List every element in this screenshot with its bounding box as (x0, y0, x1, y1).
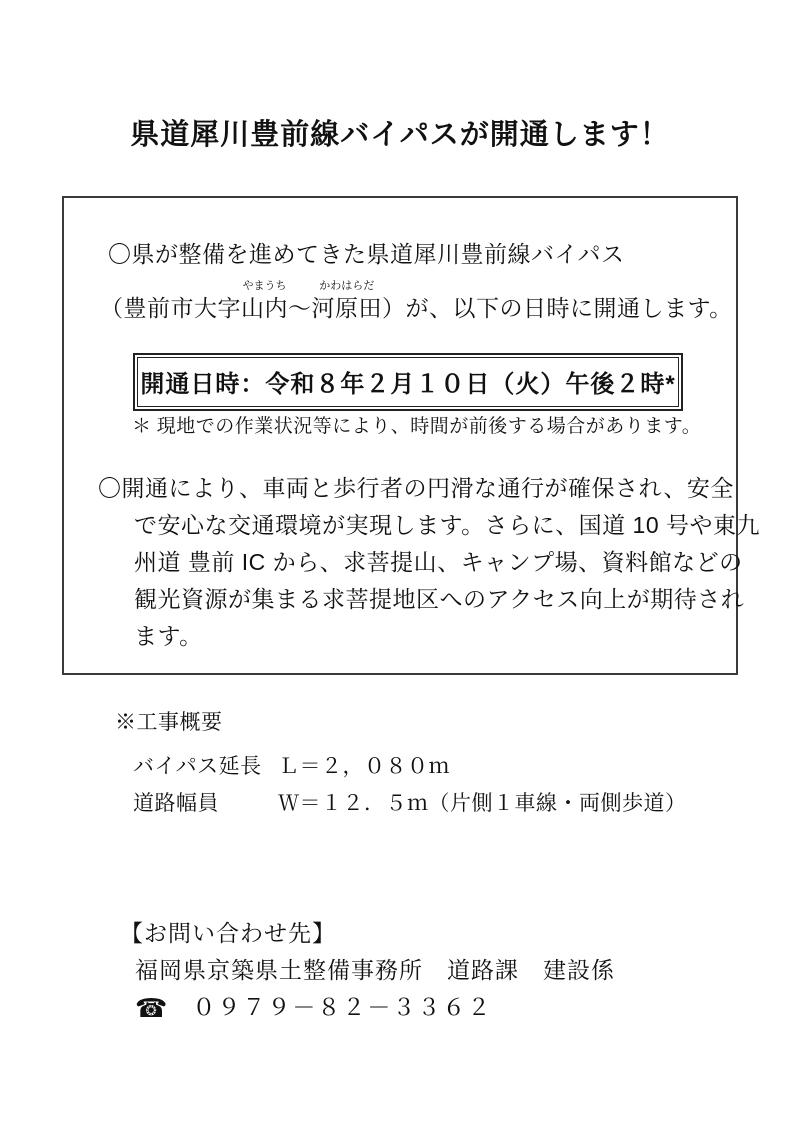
construction-row-width: 道路幅員 Ｗ＝１２．５ｍ（片側１車線・両側歩道） (115, 785, 687, 822)
benefit-paragraph: 〇開通により、車両と歩行者の円滑な通行が確保され、安全 で安心な交通環境が実現し… (98, 470, 760, 655)
construction-row-length: バイパス延長 Ｌ＝２，０８０ｍ (115, 748, 687, 785)
benefit-paragraph-line: で安心な交通環境が実現します。さらに、国道 10 号や東九 (98, 507, 760, 544)
intro-line-2-close: ）が、以下の日時に開通します。 (382, 295, 733, 321)
ruby-yamauchi-base: 山内 (241, 295, 288, 321)
contact-office-name: 福岡県京築県土整備事務所 道路課 建設係 (135, 955, 615, 985)
benefit-paragraph-line: ます。 (98, 618, 760, 655)
opening-datetime-box: 開通日時：令和８年２月１０日（火）午後２時* (133, 353, 683, 411)
notice-page: 県道犀川豊前線バイパスが開通します！ 〇県が整備を進めてきた県道犀川豊前線バイパ… (0, 0, 800, 1131)
construction-row-width-label: 道路幅員 (133, 785, 278, 822)
intro-line-2-tilde: ～ (288, 295, 312, 321)
contact-heading: 【お問い合わせ先】 (120, 918, 615, 948)
ruby-kawaharada-base: 河原田 (312, 295, 383, 321)
ruby-yamauchi: やまうち山内 (241, 290, 288, 323)
construction-overview: ※工事概要 バイパス延長 Ｌ＝２，０８０ｍ 道路幅員 Ｗ＝１２．５ｍ（片側１車線… (115, 706, 687, 822)
construction-overview-heading: ※工事概要 (115, 706, 687, 736)
intro-line-2-open: （豊前市大字 (100, 295, 241, 321)
construction-row-length-label: バイパス延長 (133, 748, 278, 785)
construction-row-width-value: Ｗ＝１２．５ｍ（片側１車線・両側歩道） (278, 785, 687, 822)
telephone-icon: ☎ (135, 993, 168, 1023)
page-title: 県道犀川豊前線バイパスが開通します！ (0, 112, 800, 153)
benefit-paragraph-line: 観光資源が集まる求菩提地区へのアクセス向上が期待され (98, 581, 760, 618)
main-content-box: 〇県が整備を進めてきた県道犀川豊前線バイパス （豊前市大字やまうち山内～かわはら… (62, 196, 738, 675)
ruby-kawaharada-reading: かわはらだ (312, 277, 383, 293)
benefit-paragraph-line: 〇開通により、車両と歩行者の円滑な通行が確保され、安全 (98, 470, 760, 507)
construction-overview-rows: バイパス延長 Ｌ＝２，０８０ｍ 道路幅員 Ｗ＝１２．５ｍ（片側１車線・両側歩道） (115, 748, 687, 822)
asterisk-note: ＊ 現地での作業状況等により、時間が前後する場合があります。 (132, 411, 701, 438)
ruby-yamauchi-reading: やまうち (241, 277, 288, 293)
contact-telephone-line: ☎ ０９７９－８２－３３６２ (135, 992, 615, 1023)
intro-line-1: 〇県が整備を進めてきた県道犀川豊前線バイパス (108, 236, 625, 269)
ruby-kawaharada: かわはらだ河原田 (312, 290, 383, 323)
telephone-number: ０９７９－８２－３３６２ (192, 994, 492, 1020)
telephone-separator (168, 994, 192, 1020)
contact-section: 【お問い合わせ先】 福岡県京築県土整備事務所 道路課 建設係 ☎ ０９７９－８２… (120, 918, 615, 1023)
construction-row-length-value: Ｌ＝２，０８０ｍ (278, 748, 450, 785)
benefit-paragraph-line: 州道 豊前 IC から、求菩提山、キャンプ場、資料館などの (98, 544, 760, 581)
opening-datetime-text: 開通日時：令和８年２月１０日（火）午後２時* (137, 357, 679, 407)
intro-line-2: （豊前市大字やまうち山内～かわはらだ河原田）が、以下の日時に開通します。 (100, 290, 733, 323)
